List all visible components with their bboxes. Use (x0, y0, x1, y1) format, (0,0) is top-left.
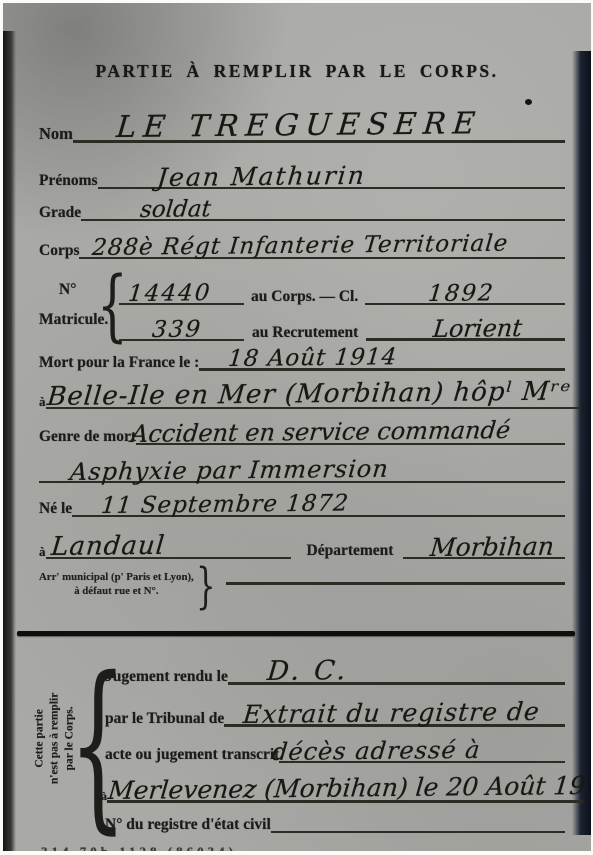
field-lieu-naissance: à Landaul Département Morbihan (39, 521, 565, 559)
arrondissement-line (226, 582, 565, 585)
tribunal-value: Extrait du registre de (242, 699, 541, 727)
form-title: PARTIE À REMPLIR PAR LE CORPS. (43, 61, 551, 82)
field-prenoms: Prénoms Jean Mathurin (39, 153, 565, 189)
corps-line: 288è Régt Infanterie Territoriale (79, 257, 565, 259)
registre-label: N° du registre d'état civil (105, 816, 271, 833)
departement-line: Morbihan (403, 557, 565, 559)
genre-mort-value1: Accident en service commandé (130, 418, 511, 446)
grade-line: soldat (81, 219, 565, 221)
matricule-block: N° Matricule. { 14440 au Corps. — Cl. 18… (39, 275, 565, 343)
nom-value: LE TREGUESERE (115, 109, 483, 143)
corps-label: Corps (39, 242, 79, 259)
lieu-recrutement-line: Lorient (366, 338, 565, 341)
jugement-line: D. C. (228, 682, 565, 685)
field-tribunal: par le Tribunal de Extrait du registre d… (105, 695, 565, 727)
matricule-recrutement-value: 339 (151, 318, 203, 342)
field-lieu-mort: à Belle-Ile en Mer (Morbihan) hôpˡ Mʳᵉ (39, 373, 581, 409)
matricule-no-label: N° (59, 281, 76, 299)
genre-mort-line2: Asphyxie par Immersion (39, 481, 565, 483)
ne-le-label: Né le (39, 500, 72, 517)
nom-line: LE TREGUESERE (73, 140, 565, 143)
jugement-value: D. C. (266, 657, 350, 685)
lieu-naissance-value: Landaul (50, 533, 166, 560)
transcrit-suite-line: Merlevenez (Morbihan) le 20 Août 1914 (107, 800, 583, 803)
sidebar-note-line2: n'est pas à remplir (48, 653, 63, 823)
arrondissement-label-line1: Arr' municipal (p' Paris et Lyon), (39, 570, 194, 585)
lieu-naissance-line: Landaul (46, 557, 291, 559)
field-genre-mort: Genre de mort Accident en service comman… (39, 411, 565, 445)
ne-le-line: 11 Septembre 1872 (72, 515, 565, 517)
genre-mort-line1: Accident en service commandé (136, 443, 565, 445)
departement-value: Morbihan (429, 534, 555, 560)
field-mort: Mort pour la France le : 18 Août 1914 (39, 345, 565, 371)
field-transcrit-suite: à Merlevenez (Morbihan) le 20 Août 1914 (101, 767, 583, 803)
prenoms-label: Prénoms (39, 172, 98, 189)
field-genre-mort-line2: Asphyxie par Immersion (39, 449, 565, 483)
transcrit-suite-value: Merlevenez (Morbihan) le 20 Août 1914 (107, 773, 591, 803)
nom-label: Nom (39, 125, 73, 143)
arrondissement-label-line2: à défaut rue et N°. (39, 584, 194, 599)
classe-value: 1892 (427, 282, 496, 306)
field-arrondissement: Arr' municipal (p' Paris et Lyon), à déf… (39, 569, 565, 595)
tribunal-line: Extrait du registre de (224, 724, 565, 727)
field-transcrit: acte ou jugement transcrit décès adressé… (105, 735, 565, 763)
tribunal-label: par le Tribunal de (105, 710, 224, 727)
field-jugement: Jugement rendu le D. C. (105, 655, 565, 685)
grade-value: soldat (139, 198, 212, 222)
mort-value: 18 Août 1914 (227, 346, 398, 371)
matricule-row-recrutement: 339 au Recrutement Lorient (119, 311, 565, 341)
prenoms-value: Jean Mathurin (156, 163, 367, 190)
scan-edge-shadow-left (3, 31, 16, 851)
field-ne-le: Né le 11 Septembre 1872 (39, 485, 565, 517)
mort-line: 18 Août 1914 (199, 368, 565, 371)
footer-print-code: 314 70b 1128 (86034) (41, 844, 237, 851)
section-separator-rule (17, 631, 575, 636)
lieu-mort-value: Belle-Ile en Mer (Morbihan) hôpˡ Mʳᵉ (46, 379, 572, 410)
genre-mort-label: Genre de mort (39, 428, 136, 445)
genre-mort-value2: Asphyxie par Immersion (69, 457, 390, 484)
au-corps-label: au Corps. — Cl. (244, 288, 365, 305)
arrondissement-brace: } (196, 563, 216, 611)
registre-line (271, 831, 565, 833)
transcrit-label: acte ou jugement transcrit (105, 746, 279, 763)
arrondissement-label: Arr' municipal (p' Paris et Lyon), à déf… (39, 570, 194, 599)
paper-background: PARTIE À REMPLIR PAR LE CORPS. Nom LE TR… (3, 3, 591, 851)
mort-label: Mort pour la France le : (39, 354, 199, 371)
scan-edge-shadow-right (572, 51, 591, 835)
lieu-recrutement-value: Lorient (432, 316, 523, 341)
prenoms-line: Jean Mathurin (98, 187, 565, 189)
field-grade: Grade soldat (39, 191, 565, 221)
lieu-mort-line: Belle-Ile en Mer (Morbihan) hôpˡ Mʳᵉ (46, 407, 582, 409)
matricule-corps-value: 14440 (127, 282, 212, 306)
matricule-corps-line: 14440 (119, 303, 244, 305)
field-corps: Corps 288è Régt Infanterie Territoriale (39, 225, 565, 259)
jugement-label: Jugement rendu le (105, 668, 228, 685)
grade-label: Grade (39, 204, 81, 221)
au-recrutement-label: au Recrutement (244, 324, 366, 341)
field-registre: N° du registre d'état civil (105, 809, 565, 833)
transcrit-value: décès adressé à (271, 738, 482, 764)
departement-label: Département (291, 542, 404, 559)
ne-le-value: 11 Septembre 1872 (100, 492, 350, 518)
matricule-row-corps: 14440 au Corps. — Cl. 1892 (119, 275, 565, 305)
field-nom: Nom LE TREGUESERE (39, 101, 565, 143)
classe-line: 1892 (365, 303, 565, 305)
sidebar-note-line1: Cette partie (33, 653, 48, 823)
scanned-record-page: PARTIE À REMPLIR PAR LE CORPS. Nom LE TR… (0, 0, 593, 855)
transcrit-line: décès adressé à (279, 761, 565, 763)
corps-value: 288è Régt Infanterie Territoriale (91, 233, 509, 260)
matricule-recrutement-line: 339 (119, 339, 244, 341)
